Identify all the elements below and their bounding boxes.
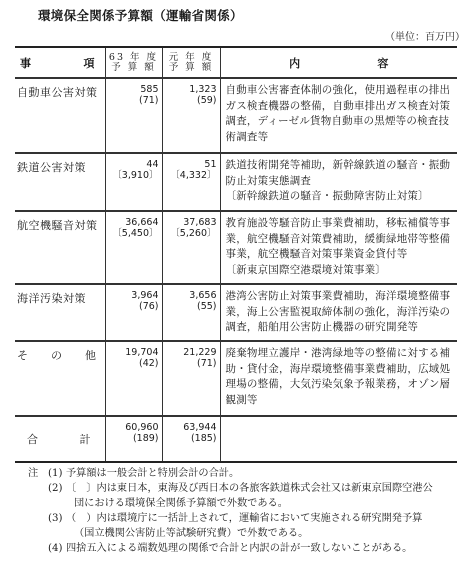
document-title: 環境保全関係予算額（運輸省関係）	[38, 6, 243, 24]
table-row: 鉄道公害対策 44 〔3,910〕 51 〔4,332〕 鉄道技術開発等補助，新…	[15, 153, 457, 211]
table-header-row: 事 項 63 年 度 予 算 額 元 年 度 予 算 額 内 容	[15, 47, 457, 78]
row-item: 鉄道公害対策	[15, 153, 105, 211]
total-label: 合 計	[15, 416, 105, 462]
table-row: 自動車公害対策 585 (71) 1,323 (59) 自動車公害審査体制の強化…	[15, 78, 457, 153]
row-item: 海洋汚染対策	[15, 284, 105, 341]
total-content-empty	[220, 416, 457, 462]
row-content-note: 〔新幹線鉄道の騒音・振動障害防止対策〕	[226, 189, 456, 205]
row-fy-gannen: 21,229 (71)	[162, 341, 220, 416]
note-item: (2) 〔 〕内は東日本，東海及び西日本の各旅客鉄道株式会社又は新東京国際空港公	[28, 481, 468, 496]
header-content: 内 容	[220, 47, 457, 78]
row-fy-gannen: 1,323 (59)	[162, 78, 220, 153]
row-fy63: 44 〔3,910〕	[105, 153, 162, 211]
total-fy-gannen: 63,944 (185)	[162, 416, 220, 462]
note-item: (4) 四捨五入による端数処理の関係で合計と内訳の計が一致しないことがある。	[28, 541, 468, 556]
unit-label: （単位：百万円）	[385, 28, 465, 43]
notes-lead: 注	[28, 466, 48, 481]
note-item: (3) （ ）内は環境庁に一括計上されて，運輸省において実施される研究開発予算	[28, 511, 468, 526]
row-fy63: 36,664 〔5,450〕	[105, 211, 162, 284]
header-item: 事 項	[15, 47, 105, 78]
table-row: 海洋汚染対策 3,964 (76) 3,656 (55) 港湾公害防止対策事業費…	[15, 284, 457, 341]
table-row: 航空機騒音対策 36,664 〔5,450〕 37,683 〔5,260〕 教育…	[15, 211, 457, 284]
row-item: そ の 他	[15, 341, 105, 416]
row-item: 航空機騒音対策	[15, 211, 105, 284]
row-fy-gannen: 37,683 〔5,260〕	[162, 211, 220, 284]
header-fy-gannen: 元 年 度 予 算 額	[162, 47, 220, 78]
row-item: 自動車公害対策	[15, 78, 105, 153]
row-fy63: 19,704 (42)	[105, 341, 162, 416]
row-content-note: 〔新東京国際空港環境対策事業〕	[226, 263, 456, 279]
row-content: 港湾公害防止対策事業費補助，海洋環境整備事業，海上公害監視取締体制の強化，海洋汚…	[220, 284, 457, 341]
row-fy63: 3,964 (76)	[105, 284, 162, 341]
note-continuation: 団における環境保全関係予算額で外数である。	[28, 496, 468, 511]
row-content: 廃棄物埋立護岸・港湾緑地等の整備に対する補助・貸付金，海岸環境整備事業費補助，広…	[220, 341, 457, 416]
row-content: 自動車公害審査体制の強化，使用過程車の排出ガス検査機器の整備，自動車排出ガス検査…	[220, 78, 457, 153]
row-content: 教育施設等騒音防止事業費補助，移転補償等事業，航空機騒音対策費補助，緩衝緑地帯等…	[220, 211, 457, 284]
notes-section: 注 (1) 予算額は一般会計と特別会計の合計。 (2) 〔 〕内は東日本，東海及…	[28, 466, 468, 556]
total-fy63: 60,960 (189)	[105, 416, 162, 462]
table-row: そ の 他 19,704 (42) 21,229 (71) 廃棄物埋立護岸・港湾…	[15, 341, 457, 416]
row-content: 鉄道技術開発等補助，新幹線鉄道の騒音・振動防止対策実態調査 〔新幹線鉄道の騒音・…	[220, 153, 457, 211]
row-fy63: 585 (71)	[105, 78, 162, 153]
note-item: 注 (1) 予算額は一般会計と特別会計の合計。	[28, 466, 468, 481]
row-fy-gannen: 51 〔4,332〕	[162, 153, 220, 211]
total-row: 合 計 60,960 (189) 63,944 (185)	[15, 416, 457, 462]
header-fy63: 63 年 度 予 算 額	[105, 47, 162, 78]
note-continuation: （国立機関公害防止等試験研究費）で外数である。	[28, 526, 468, 541]
budget-table: 事 項 63 年 度 予 算 額 元 年 度 予 算 額 内 容 自動	[15, 46, 457, 463]
row-fy-gannen: 3,656 (55)	[162, 284, 220, 341]
